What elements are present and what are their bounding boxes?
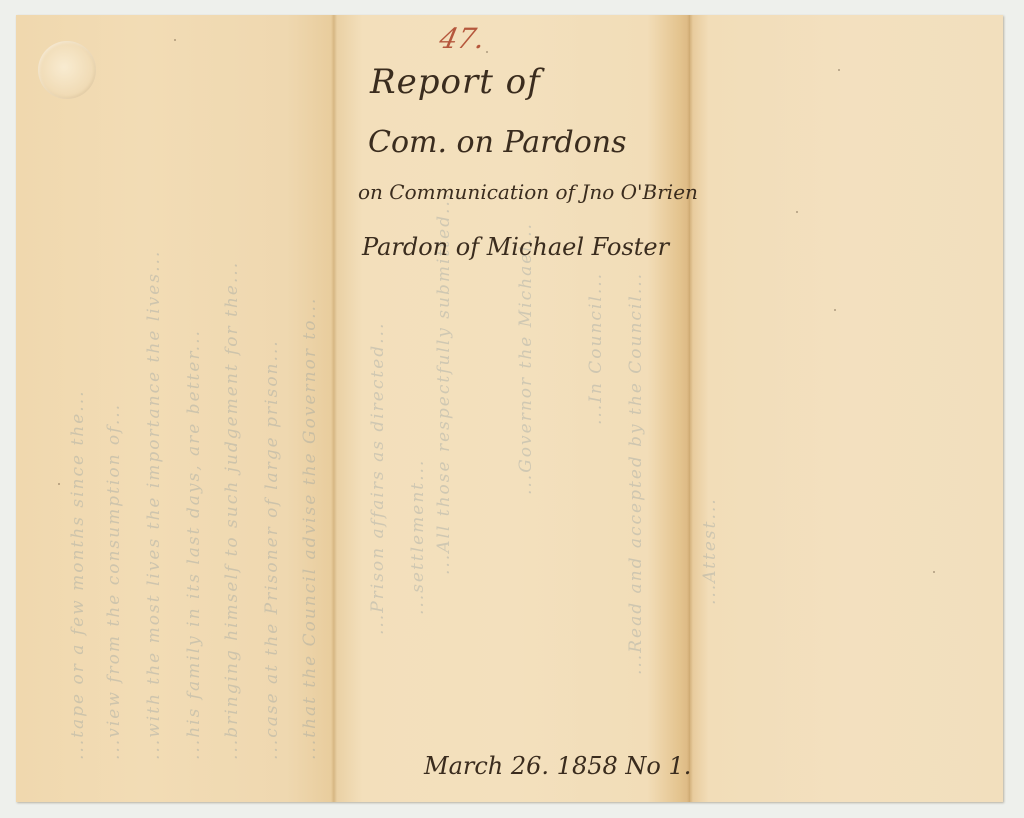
- document-scan: ...tape or a few months since the... ...…: [0, 0, 1024, 818]
- paper-speck: [58, 483, 60, 485]
- docket-subject: on Communication of Jno O'Brien: [358, 180, 698, 204]
- paper-speck: [834, 309, 836, 311]
- bleed-through-line: ...his family in its last days, are bett…: [184, 329, 204, 760]
- bleed-through-line: ...with the most lives the importance th…: [144, 250, 164, 760]
- embossed-seal-icon: [38, 41, 96, 99]
- bleed-through-line: ...view from the consumption of...: [104, 403, 124, 760]
- bleed-through-line: ...Prison affairs as directed...: [368, 322, 388, 635]
- bleed-through-line: ...settlement...: [408, 459, 428, 615]
- fold-crease-left: [331, 15, 337, 802]
- left-fold-panel: [16, 15, 334, 802]
- docket-number: 47.: [436, 22, 488, 55]
- fold-crease-right: [687, 15, 693, 802]
- docket-committee: Com. on Pardons: [368, 125, 627, 160]
- docket-title: Report of: [370, 62, 541, 102]
- bleed-through-line: ...Attest...: [700, 497, 720, 605]
- docket-pardon-name: Pardon of Michael Foster: [362, 233, 669, 261]
- bleed-through-line: ...Read and accepted by the Council...: [626, 272, 646, 675]
- bleed-through-line: ...that the Council advise the Governor …: [300, 297, 320, 760]
- bleed-through-line: ...case at the Prisoner of large prison.…: [262, 339, 282, 760]
- bleed-through-line: ...tape or a few months since the...: [68, 390, 88, 761]
- bleed-through-line: ...In Council...: [586, 272, 606, 425]
- paper-speck: [174, 39, 176, 41]
- docket-date: March 26. 1858 No 1.: [424, 752, 691, 780]
- paper-speck: [796, 211, 798, 213]
- bleed-through-line: ...Governor the Michael...: [516, 222, 536, 495]
- right-fold-panel: [690, 15, 1003, 802]
- paper-speck: [486, 51, 488, 53]
- paper-speck: [933, 571, 935, 573]
- paper-speck: [838, 69, 840, 71]
- bleed-through-line: ...bringing himself to such judgement fo…: [222, 261, 242, 760]
